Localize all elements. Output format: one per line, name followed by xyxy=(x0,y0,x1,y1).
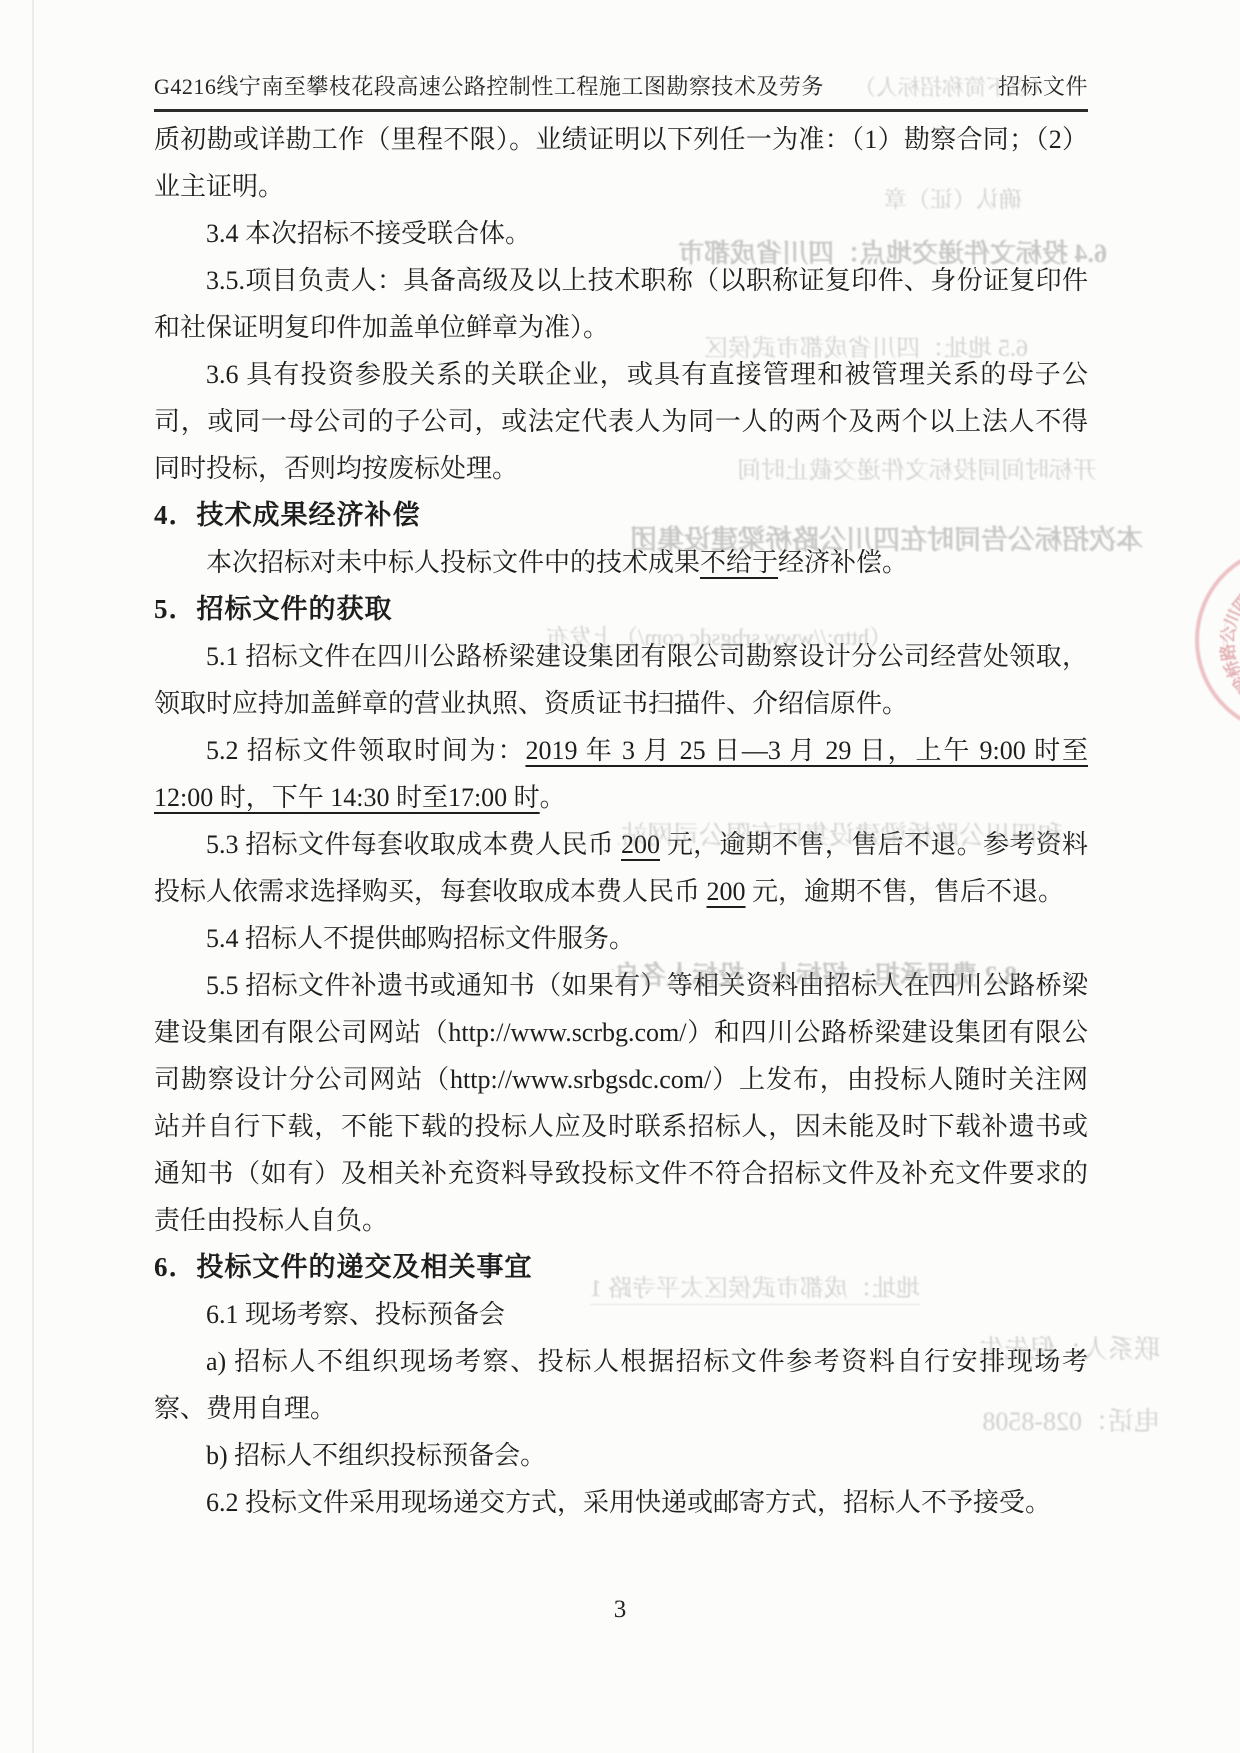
page-number: 3 xyxy=(0,1596,1240,1624)
bleed-through-text: 6.5 地址：四川省成都市武侯区 xyxy=(688,334,1028,364)
text-run: 6.2 投标文件采用现场递交方式，采用快递或邮寄方式，招标人不予接受。 xyxy=(206,1488,1051,1517)
underlined-text: 200 xyxy=(707,877,746,906)
scan-artifact-line xyxy=(32,0,34,1753)
bleed-through-text: （以下简称招标人） xyxy=(752,74,1052,102)
header-rule xyxy=(154,109,1088,112)
text-run: 5.2 招标文件领取时间为： xyxy=(206,736,525,765)
bleed-through-text: 电话：028-8508 xyxy=(935,1406,1160,1439)
red-seal-stamp: 四川公路桥梁 xyxy=(1195,545,1240,735)
text-run: 5.3 招标文件每套收取成本费人民币 xyxy=(206,830,621,859)
text-run: 5.1 招标文件在四川公路桥梁建设集团有限公司勘察设计分公司经营处领取，领取时应… xyxy=(154,642,1088,718)
text-run: 元，逾期不售，售后不退。 xyxy=(746,877,1065,906)
text-run: 6.1 现场考察、投标预备会 xyxy=(206,1300,505,1329)
text-run: 5．招标文件的获取 xyxy=(154,594,393,624)
bleed-through-text: 确认（证）章 xyxy=(872,186,1022,215)
bleed-through-text: （http://www.srbgsdc.com/）上发布 xyxy=(492,624,892,653)
bleed-through-text: 6.4 投标文件递交地点：四川省成都市 xyxy=(632,238,1107,271)
bleed-through-text: 和四川公路桥梁建设集团有限公司网站发布 xyxy=(618,820,1063,853)
paragraph: 6.2 投标文件采用现场递交方式，采用快递或邮寄方式，招标人不予接受。 xyxy=(154,1479,1088,1526)
header-title: G4216线宁南至攀枝花段高速公路控制性工程施工图勘察技术及劳务 xyxy=(154,70,824,101)
text-run: b) 招标人不组织投标预备会。 xyxy=(206,1441,546,1470)
text-run: 5.5 招标文件补遗书或通知书（如果有）等相关资料由招标人在四川公路桥梁建设集团… xyxy=(154,971,1088,1235)
paragraph: b) 招标人不组织投标预备会。 xyxy=(154,1432,1088,1479)
bleed-through-text: 地址：成都市武侯区太平寺路 12 号 xyxy=(590,1274,920,1305)
document-page: G4216线宁南至攀枝花段高速公路控制性工程施工图勘察技术及劳务 招标文件 质初… xyxy=(0,0,1240,1753)
text-run: 。 xyxy=(540,783,566,812)
bleed-through-text: 本次招标公告同时在四川公路桥梁建设集团 xyxy=(438,524,1143,558)
bleed-through-text: 8.2 费用承担：招标人、投标人各自承担 xyxy=(612,960,1017,993)
text-run: 4．技术成果经济补偿 xyxy=(154,500,421,530)
text-run: 3.5.项目负责人：具备高级及以上技术职称（以职称证复印件、身份证复印件和社保证… xyxy=(154,266,1088,342)
paragraph: 5.5 招标文件补遗书或通知书（如果有）等相关资料由招标人在四川公路桥梁建设集团… xyxy=(154,962,1088,1244)
paragraph: 5.2 招标文件领取时间为：2019 年 3 月 25 日—3 月 29 日，上… xyxy=(154,727,1088,821)
text-run: 5.4 招标人不提供邮购招标文件服务。 xyxy=(206,924,635,953)
bleed-through-text: 开标时间同投标文件递交截止时间 xyxy=(712,456,1097,486)
bleed-through-text: 联系人：倪先生 xyxy=(935,1334,1160,1367)
text-run: 3.4 本次招标不接受联合体。 xyxy=(206,219,531,248)
text-run: 6．投标文件的递交及相关事宜 xyxy=(154,1252,533,1282)
paragraph: 5.4 招标人不提供邮购招标文件服务。 xyxy=(154,915,1088,962)
